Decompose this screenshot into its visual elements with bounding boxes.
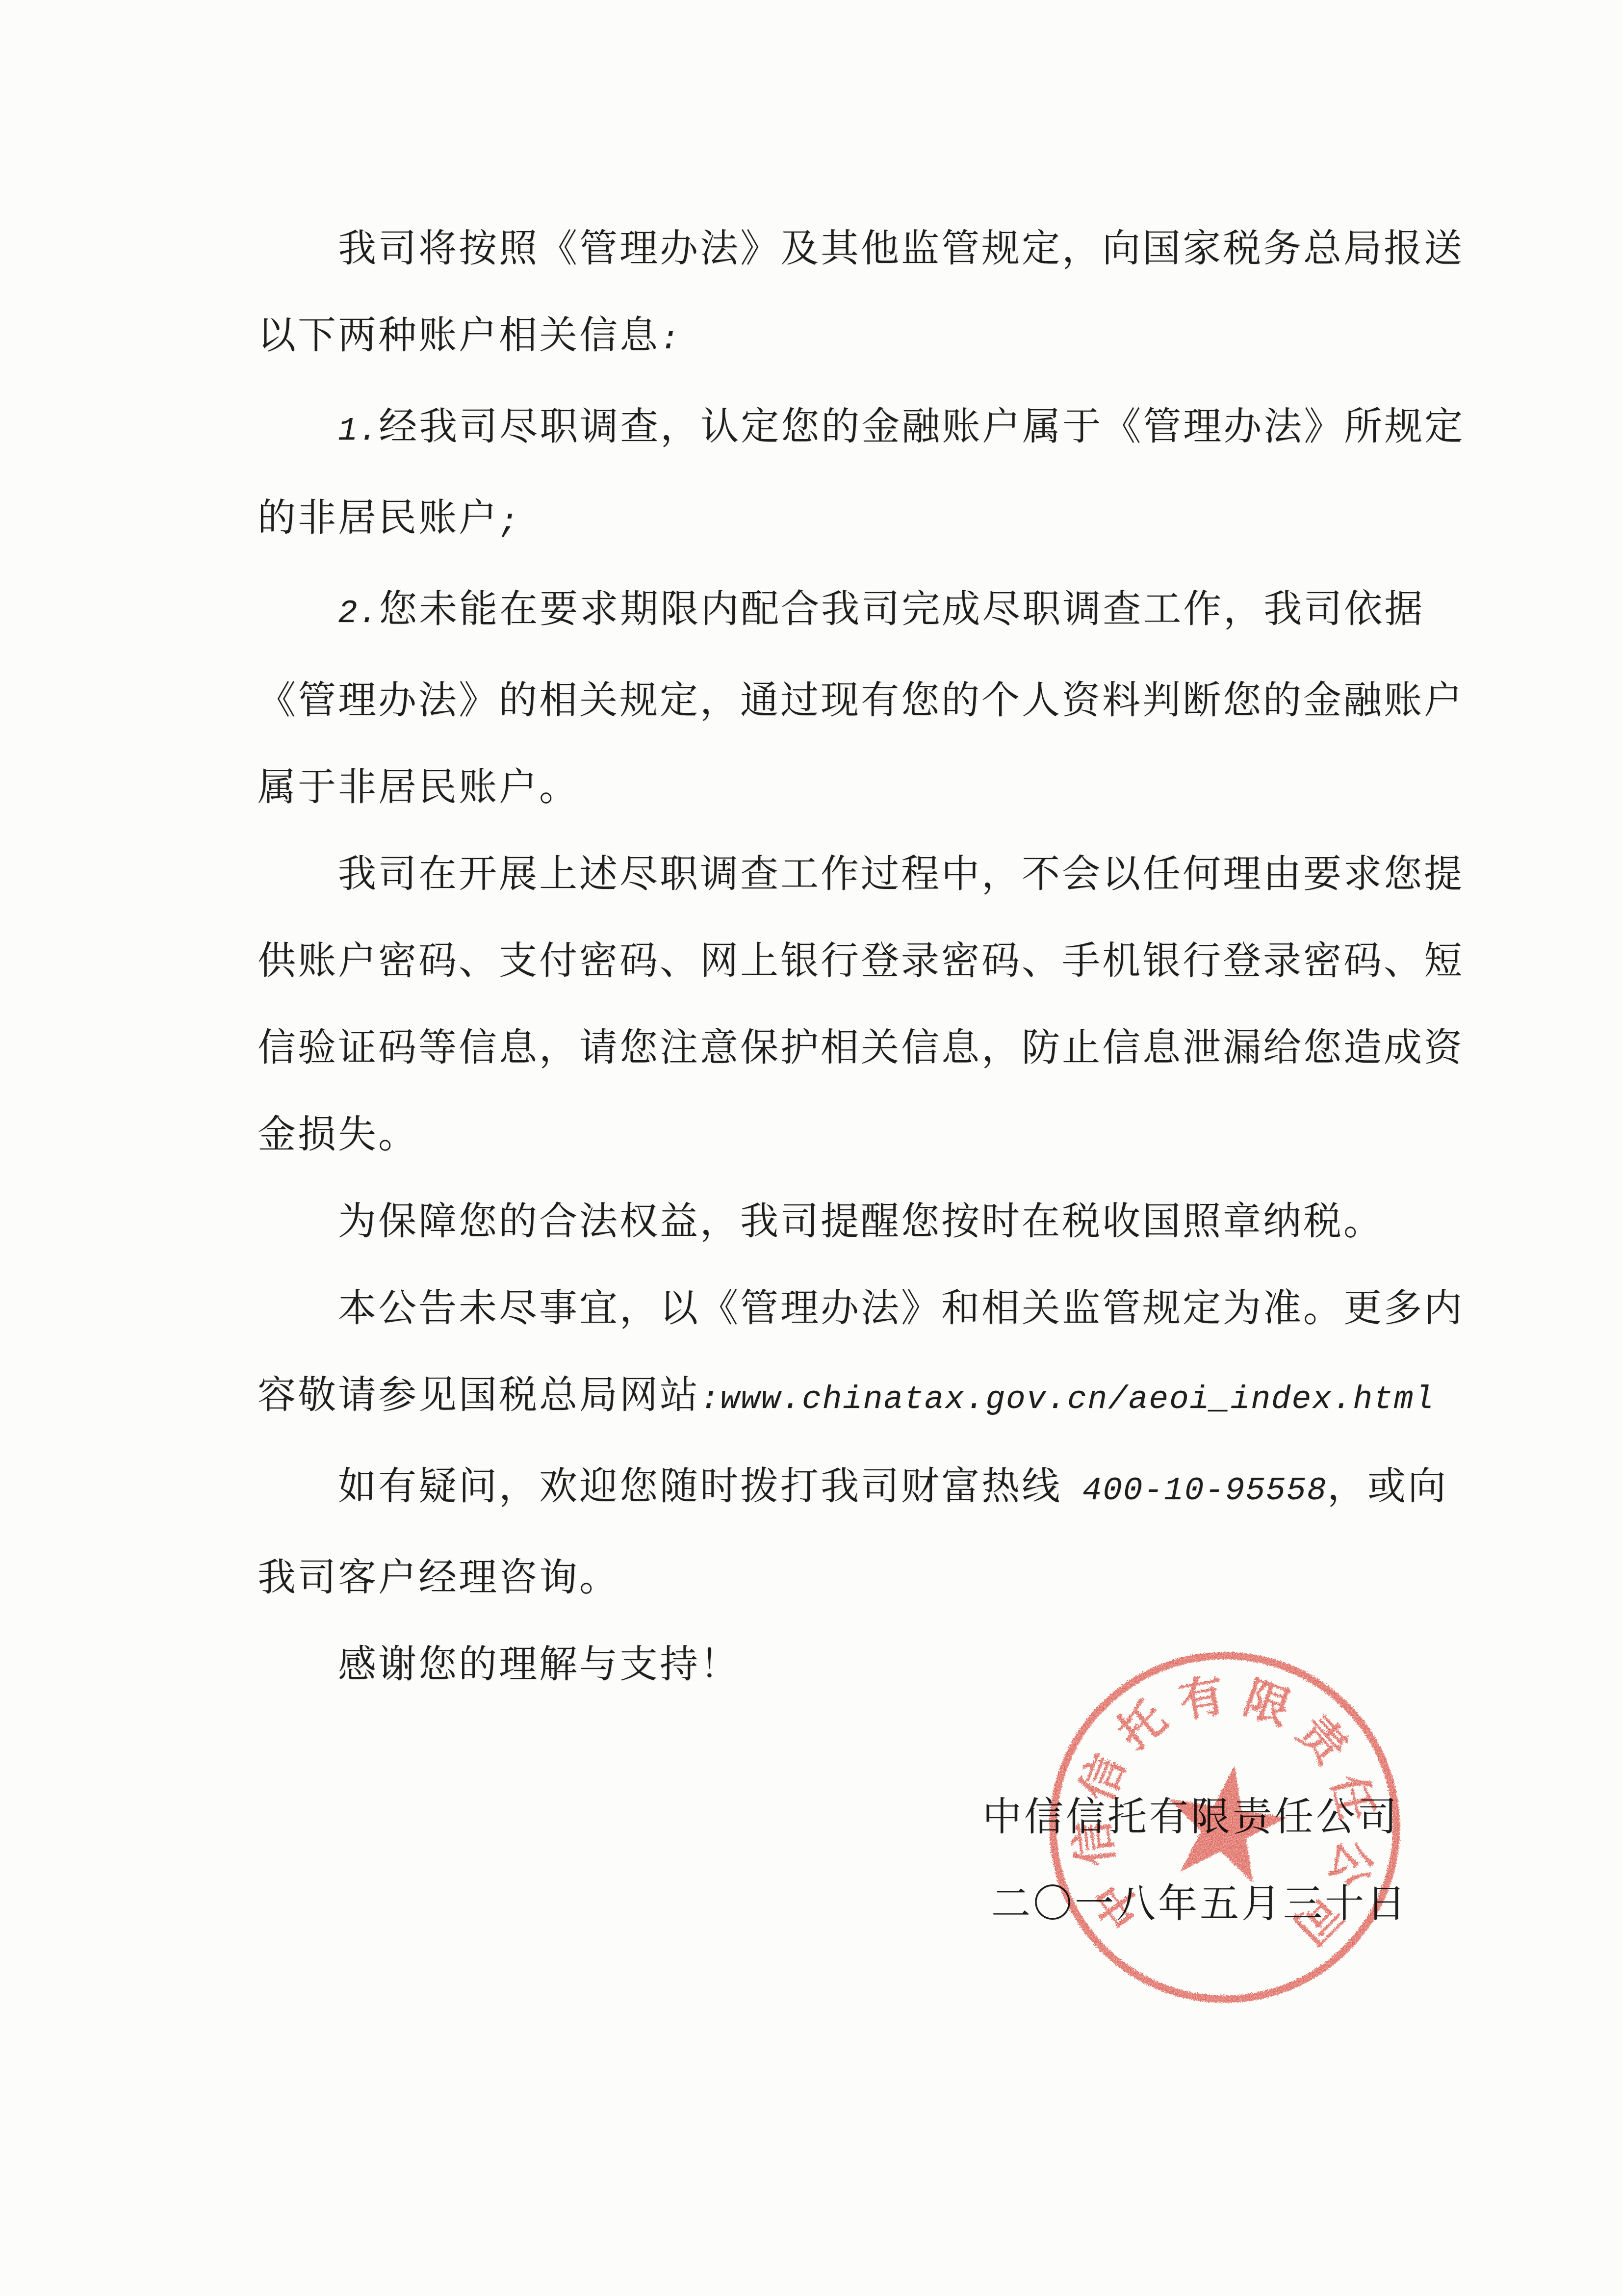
seal-arc-character: 责	[1288, 1706, 1358, 1775]
text-line: 2.您未能在要求期限内配合我司完成尽职调查工作，我司依据	[257, 566, 1533, 657]
text-line: 供账户密码、支付密码、网上银行登录密码、手机银行登录密码、短	[257, 917, 1533, 1004]
text-line: 1.经我司尽职调查，认定您的金融账户属于《管理办法》所规定	[257, 383, 1533, 474]
text-line: 为保障您的合法权益，我司提醒您按时在税收国照章纳税。	[257, 1178, 1533, 1265]
seal-arc-character: 信	[1072, 1748, 1135, 1809]
document-page: 我司将按照《管理办法》及其他监管规定，向国家税务总局报送以下两种账户相关信息: …	[0, 0, 1622, 2296]
seal-arc-character: 托	[1109, 1692, 1176, 1759]
seal-arc-character: 信	[1067, 1818, 1122, 1869]
seal-arc-character: 限	[1238, 1672, 1297, 1734]
text-line: 本公告未尽事宜，以《管理办法》和相关监管规定为准。更多内	[257, 1265, 1533, 1352]
star-icon	[1158, 1756, 1294, 1887]
company-seal-stamp: 中信信托有限责任公司	[1009, 1612, 1441, 2043]
text-line: 《管理办法》的相关规定，通过现有您的个人资料判断您的金融账户	[257, 657, 1533, 744]
body-text: 我司将按照《管理办法》及其他监管规定，向国家税务总局报送以下两种账户相关信息: …	[257, 205, 1533, 1708]
text-line: 以下两种账户相关信息:	[257, 292, 1533, 383]
seal-arc-character: 任	[1323, 1771, 1382, 1826]
text-line: 我司客户经理咨询。	[257, 1534, 1533, 1621]
seal-arc-character: 司	[1284, 1886, 1351, 1954]
text-line: 金损失。	[257, 1091, 1533, 1178]
text-line: 我司将按照《管理办法》及其他监管规定，向国家税务总局报送	[257, 205, 1533, 292]
seal-arc-character: 公	[1320, 1835, 1381, 1892]
text-line: 信验证码等信息，请您注意保护相关信息，防止信息泄漏给您造成资	[257, 1004, 1533, 1091]
text-line: 容敬请参见国税总局网站:www.chinatax.gov.cn/aeoi_ind…	[257, 1352, 1533, 1443]
text-line: 我司在开展上述尽职调查工作过程中，不会以任何理由要求您提	[257, 831, 1533, 917]
text-line: 如有疑问，欢迎您随时拨打我司财富热线 400-10-95558，或向	[257, 1443, 1533, 1534]
seal-arc-character: 有	[1175, 1670, 1228, 1727]
text-line: 属于非居民账户。	[257, 744, 1533, 831]
seal-arc-character: 中	[1085, 1872, 1153, 1937]
text-line: 的非居民账户;	[257, 474, 1533, 566]
